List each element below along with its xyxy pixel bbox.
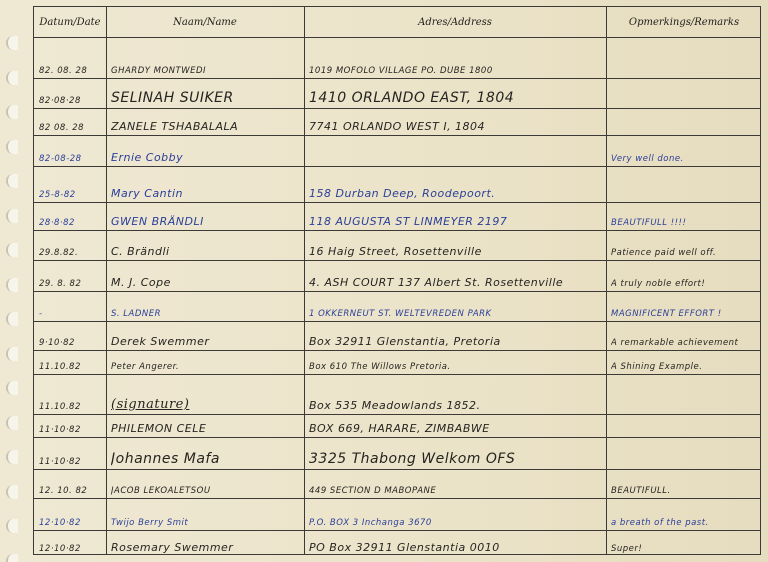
row-7-address: 16 Haig Street, Rosettenville	[309, 230, 603, 260]
row-3-remarks	[611, 108, 759, 135]
header-remarks: Opmerkings/Remarks	[606, 7, 762, 37]
row-11-address: Box 610 The Willows Pretoria.	[309, 350, 603, 374]
row-9-name: S. LADNER	[111, 291, 301, 321]
row-16-remarks: a breath of the past.	[611, 498, 759, 530]
row-8-remarks: A truly noble effort!	[611, 260, 759, 291]
binder-hole	[6, 140, 18, 154]
row-6-address: 118 AUGUSTA ST LINMEYER 2197	[309, 202, 603, 230]
row-13-name: PHILEMON CELE	[111, 414, 301, 437]
row-13-remarks	[611, 414, 759, 437]
binder-hole	[6, 243, 18, 257]
row-1-remarks	[611, 37, 759, 78]
row-14-remarks	[611, 437, 759, 469]
row-12-remarks	[611, 374, 759, 414]
row-17-name: Rosemary Swemmer	[111, 530, 301, 556]
binder-hole	[6, 36, 18, 50]
column-divider	[304, 7, 305, 554]
ledger-page: Datum/Date Naam/Name Adres/Address Opmer…	[0, 0, 768, 562]
row-3-date: 82 08. 28	[39, 108, 103, 135]
row-4-name: Ernie Cobby	[111, 135, 301, 166]
row-14-date: 11·10·82	[39, 437, 103, 469]
register-table: Datum/Date Naam/Name Adres/Address Opmer…	[33, 6, 761, 555]
row-11-name: Peter Angerer.	[111, 350, 301, 374]
row-10-name: Derek Swemmer	[111, 321, 301, 350]
row-17-date: 12·10·82	[39, 530, 103, 556]
row-15-remarks: BEAUTIFULL.	[611, 469, 759, 498]
binder-hole	[6, 278, 18, 292]
row-7-remarks: Patience paid well off.	[611, 230, 759, 260]
column-divider	[606, 7, 607, 554]
row-15-name: JACOB LEKOALETSOU	[111, 469, 301, 498]
row-11-remarks: A Shining Example.	[611, 350, 759, 374]
row-17-address: PO Box 32911 Glenstantia 0010	[309, 530, 603, 556]
row-13-date: 11·10·82	[39, 414, 103, 437]
binder-hole	[6, 485, 18, 499]
row-11-date: 11.10.82	[39, 350, 103, 374]
binder-hole	[6, 71, 18, 85]
row-15-address: 449 SECTION D MABOPANE	[309, 469, 603, 498]
column-divider	[106, 7, 107, 554]
binder-hole	[6, 312, 18, 326]
row-15-date: 12. 10. 82	[39, 469, 103, 498]
row-6-date: 28·8·82	[39, 202, 103, 230]
row-2-date: 82·08·28	[39, 78, 103, 108]
row-10-remarks: A remarkable achievement	[611, 321, 759, 350]
row-17-remarks: Super!	[611, 530, 759, 556]
row-7-date: 29.8.82.	[39, 230, 103, 260]
row-7-name: C. Brändli	[111, 230, 301, 260]
row-13-address: BOX 669, HARARE, ZIMBABWE	[309, 414, 603, 437]
row-10-date: 9·10·82	[39, 321, 103, 350]
row-2-address: 1410 ORLANDO EAST, 1804	[309, 78, 603, 108]
row-14-name: Johannes Mafa	[111, 437, 301, 469]
row-8-name: M. J. Cope	[111, 260, 301, 291]
header-address: Adres/Address	[304, 7, 606, 37]
row-1-date: 82. 08. 28	[39, 37, 103, 78]
row-12-name: (signature)	[111, 374, 301, 414]
row-2-name: SELINAH SUIKER	[111, 78, 301, 108]
row-16-date: 12·10·82	[39, 498, 103, 530]
binder-hole	[6, 105, 18, 119]
binder-hole	[6, 209, 18, 223]
row-5-name: Mary Cantin	[111, 166, 301, 202]
binder-hole	[6, 519, 18, 533]
row-5-date: 25-8-82	[39, 166, 103, 202]
row-5-address: 158 Durban Deep, Roodepoort.	[309, 166, 603, 202]
binder-hole	[6, 174, 18, 188]
row-12-date: 11.10.82	[39, 374, 103, 414]
row-14-address: 3325 Thabong Welkom OFS	[309, 437, 603, 469]
row-9-date: -	[39, 291, 103, 321]
row-9-remarks: MAGNIFICENT EFFORT !	[611, 291, 759, 321]
header-name: Naam/Name	[106, 7, 304, 37]
row-1-address: 1019 MOFOLO VILLAGE PO. DUBE 1800	[309, 37, 603, 78]
row-4-address	[309, 135, 603, 166]
row-6-remarks: BEAUTIFULL !!!!	[611, 202, 759, 230]
row-2-remarks	[611, 78, 759, 108]
row-3-name: ZANELE TSHABALALA	[111, 108, 301, 135]
row-6-name: GWEN BRÄNDLI	[111, 202, 301, 230]
binder-hole	[6, 450, 18, 464]
row-16-name: Twijo Berry Smit	[111, 498, 301, 530]
header-date: Datum/Date	[34, 7, 106, 37]
binder-hole	[6, 416, 18, 430]
binder-hole	[6, 347, 18, 361]
row-16-address: P.O. BOX 3 Inchanga 3670	[309, 498, 603, 530]
row-12-address: Box 535 Meadowlands 1852.	[309, 374, 603, 414]
row-10-address: Box 32911 Glenstantia, Pretoria	[309, 321, 603, 350]
binder-hole	[6, 554, 18, 562]
binder-hole	[6, 381, 18, 395]
row-3-address: 7741 ORLANDO WEST I, 1804	[309, 108, 603, 135]
row-9-address: 1 OKKERNEUT ST. WELTEVREDEN PARK	[309, 291, 603, 321]
row-8-date: 29. 8. 82	[39, 260, 103, 291]
row-8-address: 4. ASH COURT 137 Albert St. Rosettenvill…	[309, 260, 603, 291]
row-1-name: GHARDY MONTWEDI	[111, 37, 301, 78]
row-4-remarks: Very well done.	[611, 135, 759, 166]
row-5-remarks	[611, 166, 759, 202]
row-4-date: 82-08-28	[39, 135, 103, 166]
